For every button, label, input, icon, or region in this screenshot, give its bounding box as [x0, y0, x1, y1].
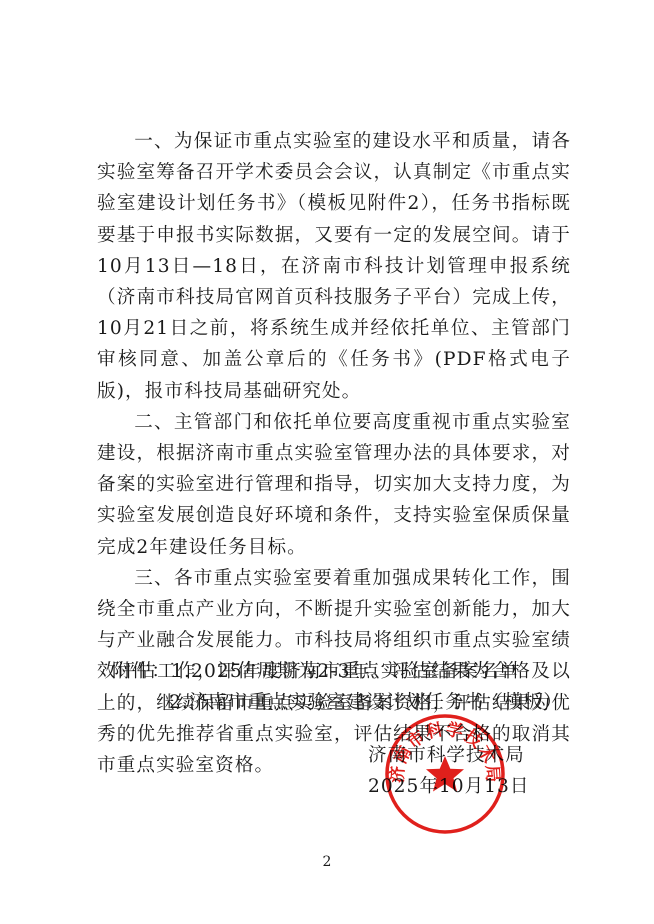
attachments: 附件：1.2025年度济南市重点实验室备案名单 2.济南市重点实验室建设计划任务…: [112, 656, 563, 718]
attachment-item-2: 2.济南市重点实验室建设计划任务书（模板）: [169, 692, 563, 713]
attachment-row-1: 附件：1.2025年度济南市重点实验室备案名单: [112, 656, 563, 687]
official-seal: 济南市科学技术局: [383, 712, 507, 836]
attachment-item-1: 1.2025年度济南市重点实验室备案名单: [171, 661, 518, 682]
page-number: 2: [0, 854, 654, 870]
paragraph-2: 二、主管部门和依托单位要高度重视市重点实验室建设，根据济南市重点实验室管理办法的…: [97, 407, 571, 563]
paragraph-1: 一、为保证市重点实验室的建设水平和质量，请各实验室筹备召开学术委员会会议，认真制…: [97, 126, 571, 407]
seal-icon: 济南市科学技术局: [383, 712, 507, 836]
star-icon: [426, 756, 464, 792]
attachments-label: 附件：: [112, 661, 171, 682]
document-page: 一、为保证市重点实验室的建设水平和质量，请各实验室筹备召开学术委员会会议，认真制…: [0, 0, 654, 924]
